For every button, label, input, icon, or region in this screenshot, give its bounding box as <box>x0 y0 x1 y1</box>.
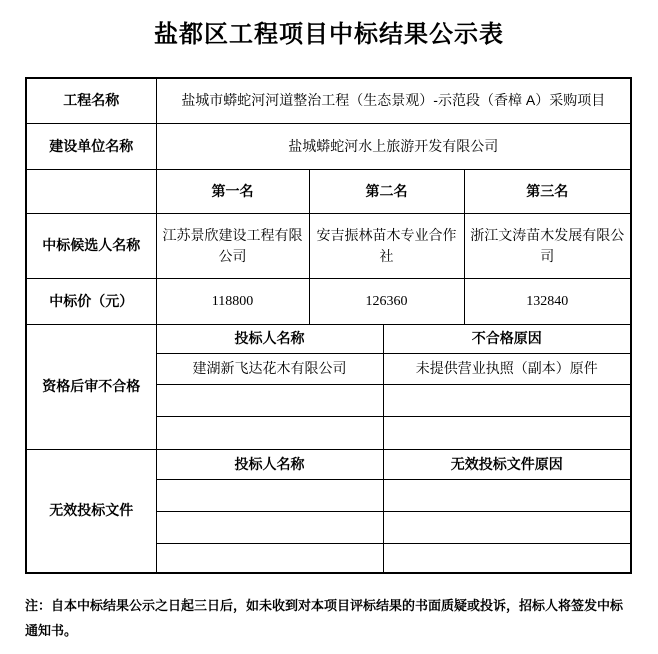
invalid-section-label: 无效投标文件 <box>26 449 156 573</box>
candidate-first: 江苏景欣建设工程有限公司 <box>156 213 309 278</box>
candidate-second: 安吉振林苗木专业合作社 <box>309 213 464 278</box>
price-second: 126360 <box>309 278 464 324</box>
owner-name-value: 盐城蟒蛇河水上旅游开发有限公司 <box>156 123 631 169</box>
table-row-invalid-headers: 无效投标文件 投标人名称 无效投标文件原因 <box>26 449 631 479</box>
unqualified-reason-cell <box>383 384 631 416</box>
project-name-value: 盐城市蟒蛇河河道整治工程（生态景观）-示范段（香樟 A）采购项目 <box>156 78 631 123</box>
table-row-candidates: 中标候选人名称 江苏景欣建设工程有限公司 安吉振林苗木专业合作社 浙江文涛苗木发… <box>26 213 631 278</box>
invalid-bidder-cell <box>156 511 383 543</box>
table-row-project: 工程名称 盐城市蟒蛇河河道整治工程（生态景观）-示范段（香樟 A）采购项目 <box>26 78 631 123</box>
price-label: 中标价（元） <box>26 278 156 324</box>
invalid-bidder-cell <box>156 543 383 573</box>
owner-name-label: 建设单位名称 <box>26 123 156 169</box>
candidates-label: 中标候选人名称 <box>26 213 156 278</box>
rank-header-spacer-cell <box>26 169 156 213</box>
bid-results-table: 工程名称 盐城市蟒蛇河河道整治工程（生态景观）-示范段（香樟 A）采购项目 建设… <box>25 77 632 574</box>
unqualified-bidder-cell: 建湖新飞达花木有限公司 <box>156 353 383 384</box>
table-row-unqualified-headers: 资格后审不合格 投标人名称 不合格原因 <box>26 324 631 353</box>
table-row-rank-headers: 第一名 第二名 第三名 <box>26 169 631 213</box>
page-title: 盐都区工程项目中标结果公示表 <box>0 14 658 49</box>
table-row-prices: 中标价（元） 118800 126360 132840 <box>26 278 631 324</box>
unqualified-bidder-cell <box>156 384 383 416</box>
invalid-reason-header: 无效投标文件原因 <box>383 449 631 479</box>
rank-header-third: 第三名 <box>464 169 631 213</box>
rank-header-first: 第一名 <box>156 169 309 213</box>
rank-header-second: 第二名 <box>309 169 464 213</box>
unqualified-reason-header: 不合格原因 <box>383 324 631 353</box>
invalid-reason-cell <box>383 479 631 511</box>
project-name-label: 工程名称 <box>26 78 156 123</box>
unqualified-reason-cell <box>383 416 631 449</box>
unqualified-section-label: 资格后审不合格 <box>26 324 156 449</box>
candidate-third: 浙江文涛苗木发展有限公司 <box>464 213 631 278</box>
invalid-bidder-cell <box>156 479 383 511</box>
unqualified-bidder-cell <box>156 416 383 449</box>
price-third: 132840 <box>464 278 631 324</box>
invalid-reason-cell <box>383 511 631 543</box>
unqualified-bidder-header: 投标人名称 <box>156 324 383 353</box>
invalid-bidder-header: 投标人名称 <box>156 449 383 479</box>
footer-note: 注：自本中标结果公示之日起三日后，如未收到对本项目评标结果的书面质疑或投诉，招标… <box>25 593 625 643</box>
unqualified-reason-cell: 未提供营业执照（副本）原件 <box>383 353 631 384</box>
invalid-reason-cell <box>383 543 631 573</box>
price-first: 118800 <box>156 278 309 324</box>
table-row-owner: 建设单位名称 盐城蟒蛇河水上旅游开发有限公司 <box>26 123 631 169</box>
